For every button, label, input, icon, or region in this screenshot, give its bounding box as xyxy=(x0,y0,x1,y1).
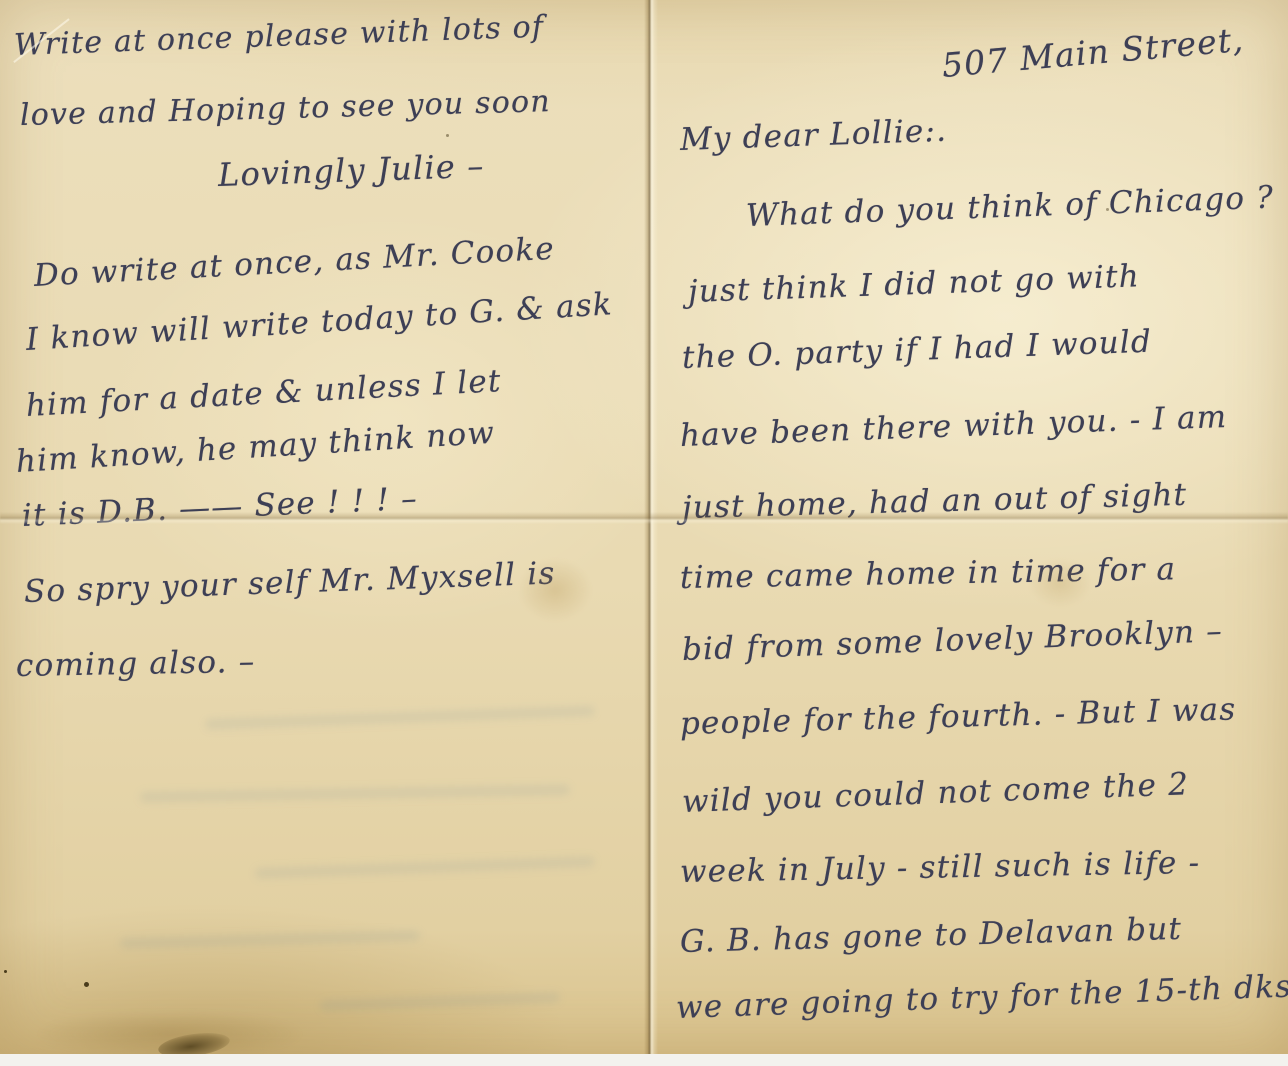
handwriting-line: Write at once please with lots of xyxy=(13,9,544,62)
ink-showthrough xyxy=(120,930,420,949)
address-line: 507 Main Street, xyxy=(940,20,1245,85)
handwriting-line: So spry your self Mr. Myxsell is xyxy=(23,555,556,610)
handwriting-line: people for the fourth. - But I was xyxy=(680,691,1237,742)
handwriting-line: we are going to try for the 15-th dks xyxy=(675,968,1288,1025)
ink-showthrough xyxy=(205,705,595,730)
handwriting-line: coming also. – xyxy=(16,644,256,684)
handwriting-line: bid from some lovely Brooklyn – xyxy=(681,613,1223,668)
stain xyxy=(40,1012,300,1056)
handwriting-line: love and Hoping to see you soon xyxy=(20,84,552,133)
ink-showthrough xyxy=(320,992,560,1011)
ink-speck xyxy=(84,982,89,987)
handwriting-line: him know, he may think now xyxy=(15,415,496,480)
handwriting-line: just home, had an out of sight xyxy=(682,477,1188,526)
scan-background xyxy=(0,1054,1288,1066)
handwriting-line: I know will write today to G. & ask xyxy=(25,286,614,358)
handwriting-line: What do you think of Chicago ? xyxy=(745,180,1274,234)
salutation-line: My dear Lollie:. xyxy=(679,113,947,158)
handwriting-line: wild you could not come the 2 xyxy=(681,766,1189,820)
handwriting-line: Do write at once, as Mr. Cooke xyxy=(33,231,556,294)
handwriting-line: time came home in time for a xyxy=(680,551,1177,596)
handwriting-line: it is D.B. —— See ! ! ! – xyxy=(21,481,418,534)
handwriting-line: have been there with you. - I am xyxy=(679,399,1228,454)
handwriting-line: him for a date & unless I let xyxy=(25,363,502,424)
handwriting-line: the O. party if I had I would xyxy=(681,324,1152,376)
ink-speck xyxy=(4,970,7,973)
ink-showthrough xyxy=(140,784,570,803)
letter-sheet: Write at once please with lots of love a… xyxy=(0,0,1288,1054)
handwriting-line: week in July - still such is life - xyxy=(680,845,1201,890)
ink-speck xyxy=(446,134,449,137)
handwriting-line: just think I did not go with xyxy=(687,258,1140,310)
ink-showthrough xyxy=(255,856,595,879)
signature-line: Lovingly Julie – xyxy=(217,147,485,194)
vertical-fold-crease xyxy=(644,0,658,1054)
handwriting-line: G. B. has gone to Delavan but xyxy=(680,911,1183,960)
